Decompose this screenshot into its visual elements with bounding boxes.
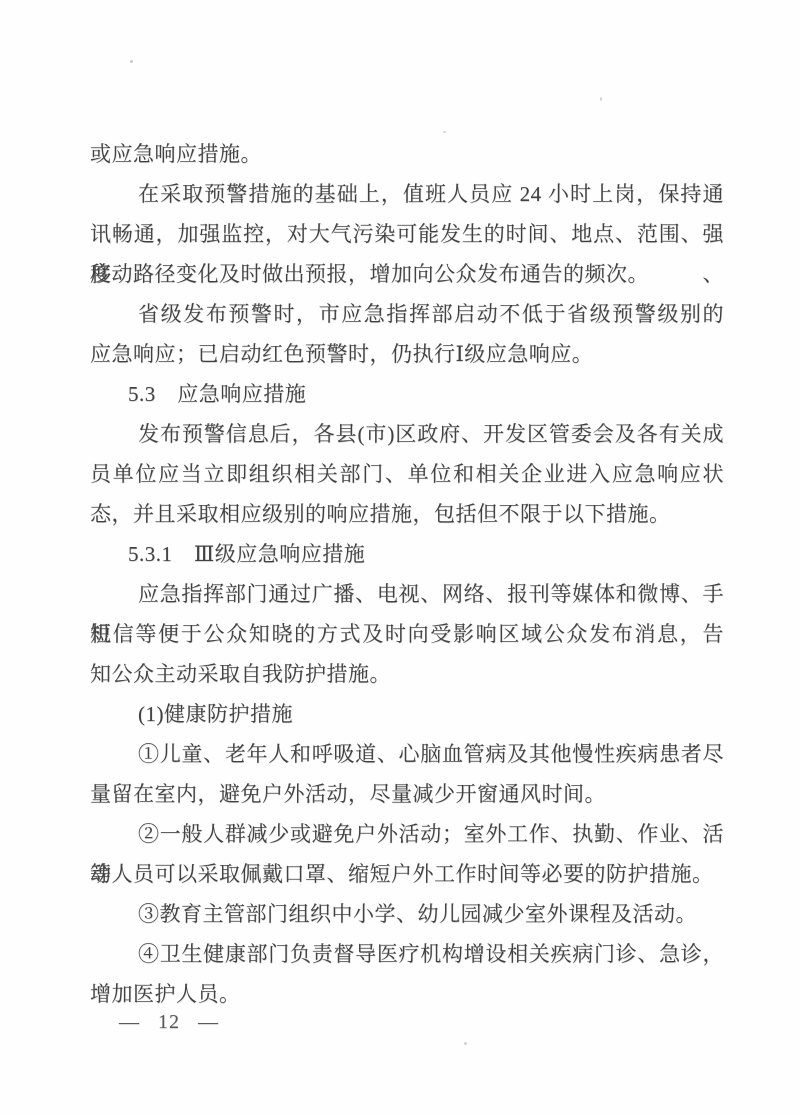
text-line: 态，并且采取相应级别的响应措施，包括但不限于以下措施。 — [90, 494, 724, 534]
text-line: 知公众主动采取自我防护措施。 — [90, 654, 724, 694]
text-line: 省级发布预警时，市应急指挥部启动不低于省级预警级别的 — [90, 294, 724, 334]
text-line: 在采取预警措施的基础上，值班人员应 24 小时上岗，保持通 — [90, 174, 724, 214]
text-line: 移动路径变化及时做出预报，增加向公众发布通告的频次。 — [90, 254, 724, 294]
text-line: 应急指挥部门通过广播、电视、网络、报刊等媒体和微博、手机 — [90, 574, 724, 614]
text-line: 应急响应；已启动红色预警时，仍执行Ⅰ级应急响应。 — [90, 334, 724, 374]
text-line: 员单位应当立即组织相关部门、单位和相关企业进入应急响应状 — [90, 454, 724, 494]
text-line: 等人员可以采取佩戴口罩、缩短户外工作时间等必要的防护措施。 — [90, 854, 724, 894]
text-line: 量留在室内，避免户外活动，尽量减少开窗通风时间。 — [90, 774, 724, 814]
scan-speck — [443, 131, 446, 133]
section-heading: 5.3 应急响应措施 — [90, 374, 724, 414]
section-heading: 5.3.1 Ⅲ级应急响应措施 — [90, 534, 724, 574]
text-line: 短信等便于公众知晓的方式及时向受影响区域公众发布消息，告 — [90, 614, 724, 654]
text-line: ①儿童、老年人和呼吸道、心脑血管病及其他慢性疾病患者尽 — [90, 734, 724, 774]
text-line: 讯畅通，加强监控，对大气污染可能发生的时间、地点、范围、强度、 — [90, 214, 724, 254]
scan-speck — [464, 1042, 467, 1045]
text-line: ③教育主管部门组织中小学、幼儿园减少室外课程及活动。 — [90, 894, 724, 934]
scan-speck — [130, 60, 133, 63]
document-body: 或应急响应措施。在采取预警措施的基础上，值班人员应 24 小时上岗，保持通讯畅通… — [90, 134, 724, 1014]
document-page: 或应急响应措施。在采取预警措施的基础上，值班人员应 24 小时上岗，保持通讯畅通… — [0, 0, 800, 1115]
text-line: (1)健康防护措施 — [90, 694, 724, 734]
text-line: ④卫生健康部门负责督导医疗机构增设相关疾病门诊、急诊， — [90, 934, 724, 974]
text-line: 或应急响应措施。 — [90, 134, 724, 174]
page-number: — 12 — — [119, 1007, 219, 1037]
scan-speck — [600, 97, 602, 101]
text-line: 发布预警信息后，各县(市)区政府、开发区管委会及各有关成 — [90, 414, 724, 454]
text-line: ②一般人群减少或避免户外活动；室外工作、执勤、作业、活动 — [90, 814, 724, 854]
